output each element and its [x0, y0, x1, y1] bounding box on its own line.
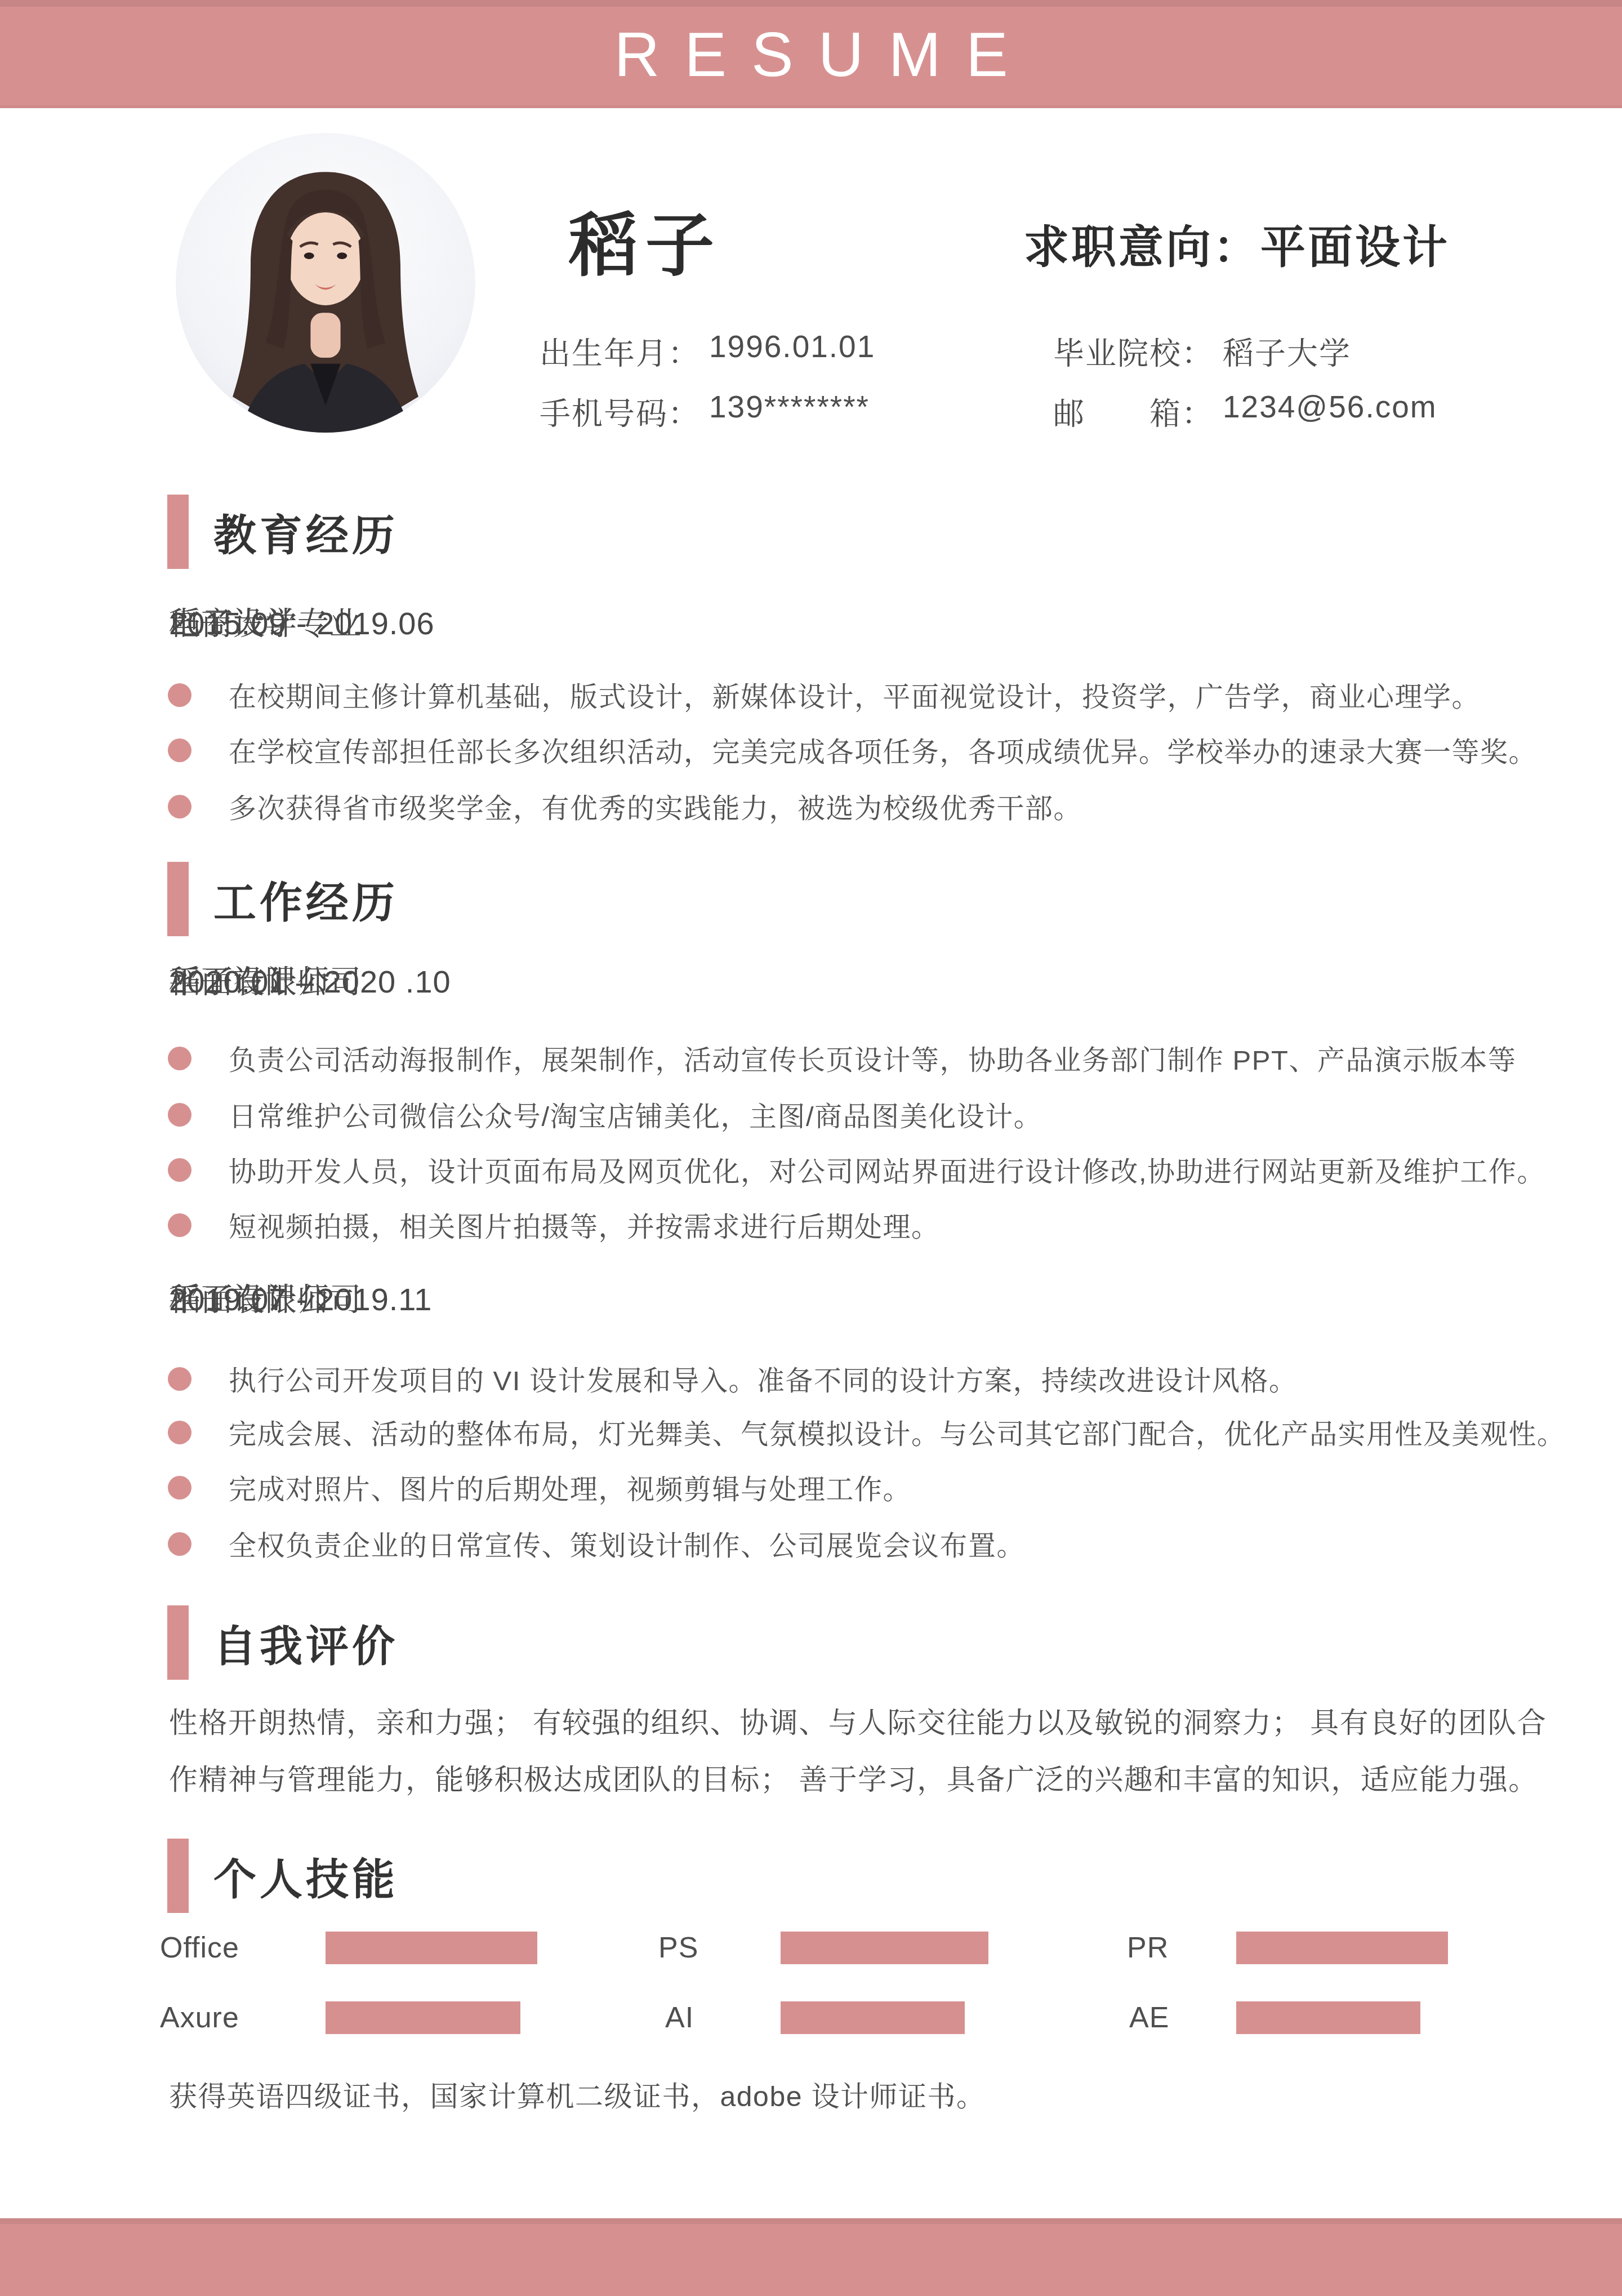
skill-label-office: Office: [160, 1930, 239, 1966]
list-item: 在校期间主修计算机基础，版式设计，新媒体设计，平面视觉设计，投资学，广告学，商业…: [168, 679, 1480, 711]
info-value: 1234@56.com: [1223, 389, 1437, 433]
section-header-work: 工作经历: [167, 862, 398, 936]
list-item: 协助开发人员，设计页面布局及网页优化，对公司网站界面进行设计修改,协助进行网站更…: [168, 1154, 1545, 1186]
bullet-text: 完成会展、活动的整体布局，灯光舞美、气氛模拟设计。与公司其它部门配合，优化产品实…: [229, 1413, 1566, 1452]
bullet-dot-icon: [168, 683, 191, 707]
section-accent-bar: [167, 862, 189, 936]
info-value: 稻子大学: [1223, 328, 1351, 373]
skill-label-ae: AE: [1129, 2000, 1169, 2036]
job-role: 平面设计师: [169, 1282, 329, 1317]
list-item: 全权负责企业的日常宣传、策划设计制作、公司展览会议布置。: [168, 1528, 1025, 1560]
section-header-skills: 个人技能: [167, 1839, 398, 1913]
bullet-dot-icon: [168, 1367, 191, 1391]
resume-page: RESUME 稻: [0, 0, 1622, 2296]
footer-bar: [0, 2218, 1622, 2296]
bullet-dot-icon: [168, 1421, 191, 1444]
section-title: 自我评价: [213, 1612, 398, 1674]
info-field-email: 邮 箱： 1234@56.com: [1053, 389, 1437, 433]
bullet-text: 多次获得省市级奖学金，有优秀的实践能力，被选为校级优秀干部。: [229, 787, 1082, 826]
skill-bar-axure: [326, 2001, 520, 2034]
bullet-text: 执行公司开发项目的 VI 设计发展和导入。准备不同的设计方案，持续改进设计风格。: [229, 1359, 1298, 1399]
info-field-birthdate: 出生年月： 1996.01.01: [540, 328, 875, 373]
bullet-dot-icon: [168, 738, 191, 762]
info-label: 毕业院校：: [1053, 328, 1214, 373]
bullet-text: 在校期间主修计算机基础，版式设计，新媒体设计，平面视觉设计，投资学，广告学，商业…: [229, 675, 1480, 715]
section-header-self-eval: 自我评价: [167, 1605, 398, 1680]
info-label: 出生年月：: [540, 328, 700, 373]
section-accent-bar: [167, 495, 189, 569]
bullet-text: 完成对照片、图片的后期处理，视频剪辑与处理工作。: [229, 1468, 911, 1507]
list-item: 短视频拍摄，相关图片拍摄等，并按需求进行后期处理。: [168, 1209, 940, 1241]
skills-row: Axure AI AE: [0, 2000, 1622, 2036]
bullet-dot-icon: [168, 1103, 191, 1127]
job-row: 2020.01 – 2020 .10 稻子有限公司 平面设计师: [169, 964, 1521, 999]
info-value: 139********: [709, 389, 870, 433]
bullet-text: 日常维护公司微信公众号/淘宝店铺美化，主图/商品图美化设计。: [229, 1095, 1042, 1134]
bullet-text: 在学校宣传部担任部长多次组织活动，完美完成各项任务，各项成绩优异。学校举办的速录…: [229, 731, 1537, 770]
section-accent-bar: [167, 1605, 189, 1680]
banner-title: RESUME: [614, 18, 1032, 91]
section-title: 个人技能: [213, 1845, 398, 1907]
skill-label-ps: PS: [658, 1930, 698, 1966]
candidate-name: 稻子: [569, 190, 722, 289]
bullet-dot-icon: [168, 795, 191, 818]
bullet-text: 协助开发人员，设计页面布局及网页优化，对公司网站界面进行设计修改,协助进行网站更…: [229, 1150, 1545, 1190]
list-item: 在学校宣传部担任部长多次组织活动，完美完成各项任务，各项成绩优异。学校举办的速录…: [168, 735, 1537, 766]
list-item: 完成对照片、图片的后期处理，视频剪辑与处理工作。: [168, 1472, 911, 1503]
skill-bar-office: [326, 1932, 537, 1964]
list-item: 完成会展、活动的整体布局，灯光舞美、气氛模拟设计。与公司其它部门配合，优化产品实…: [168, 1417, 1566, 1448]
list-item: 执行公司开发项目的 VI 设计发展和导入。准备不同的设计方案，持续改进设计风格。: [168, 1363, 1298, 1395]
section-header-education: 教育经历: [167, 495, 398, 569]
bullet-text: 负责公司活动海报制作，展架制作，活动宣传长页设计等，协助各业务部门制作 PPT、…: [229, 1039, 1516, 1078]
info-value: 1996.01.01: [709, 328, 875, 373]
skill-bar-ai: [781, 2001, 965, 2034]
section-accent-bar: [167, 1839, 189, 1913]
bullet-dot-icon: [168, 1213, 191, 1237]
profile-photo-image: [176, 133, 475, 433]
skill-bar-pr: [1236, 1932, 1448, 1964]
section-title: 工作经历: [213, 869, 398, 930]
education-row: 2015.09 - 2019.06 稻子大学 电商设计专业: [169, 606, 1521, 641]
job-role: 平面设计师: [169, 964, 329, 999]
info-field-phone: 手机号码： 139********: [540, 389, 870, 433]
info-label: 邮 箱：: [1053, 389, 1214, 433]
profile-photo: [176, 133, 475, 433]
skill-label-axure: Axure: [160, 2000, 239, 2036]
skills-row: Office PS PR: [0, 1930, 1622, 1966]
bullet-dot-icon: [168, 1047, 191, 1070]
certificates-line: 获得英语四级证书，国家计算机二级证书，adobe 设计师证书。: [169, 2074, 985, 2115]
self-evaluation-line: 作精神与管理能力，能够积极达成团队的目标； 善于学习，具备广泛的兴趣和丰富的知识…: [169, 1751, 1547, 1808]
self-evaluation-paragraph: 性格开朗热情，亲和力强； 有较强的组织、协调、与人际交往能力以及敏锐的洞察力； …: [169, 1694, 1547, 1808]
info-label: 手机号码：: [540, 389, 700, 433]
skill-bar-ps: [781, 1932, 988, 1964]
info-field-school: 毕业院校： 稻子大学: [1053, 328, 1351, 373]
bullet-dot-icon: [168, 1532, 191, 1556]
bullet-dot-icon: [168, 1476, 191, 1499]
section-title: 教育经历: [213, 501, 398, 563]
bullet-text: 全权负责企业的日常宣传、策划设计制作、公司展览会议布置。: [229, 1524, 1025, 1564]
resume-banner: RESUME: [0, 0, 1622, 108]
education-major: 电商设计专业: [169, 606, 362, 641]
skill-label-ai: AI: [665, 2000, 694, 2036]
list-item: 多次获得省市级奖学金，有优秀的实践能力，被选为校级优秀干部。: [168, 791, 1082, 822]
list-item: 日常维护公司微信公众号/淘宝店铺美化，主图/商品图美化设计。: [168, 1099, 1042, 1131]
skill-bar-ae: [1236, 2001, 1420, 2034]
list-item: 负责公司活动海报制作，展架制作，活动宣传长页设计等，协助各业务部门制作 PPT、…: [168, 1043, 1516, 1074]
job-row: 2019.07 - 2019.11 稻子有限公司 平面设计师: [169, 1282, 1521, 1317]
skill-label-pr: PR: [1127, 1930, 1169, 1966]
bullet-text: 短视频拍摄，相关图片拍摄等，并按需求进行后期处理。: [229, 1205, 940, 1245]
bullet-dot-icon: [168, 1158, 191, 1182]
self-evaluation-line: 性格开朗热情，亲和力强； 有较强的组织、协调、与人际交往能力以及敏锐的洞察力； …: [169, 1694, 1547, 1751]
job-intent: 求职意向：平面设计: [1024, 211, 1450, 275]
